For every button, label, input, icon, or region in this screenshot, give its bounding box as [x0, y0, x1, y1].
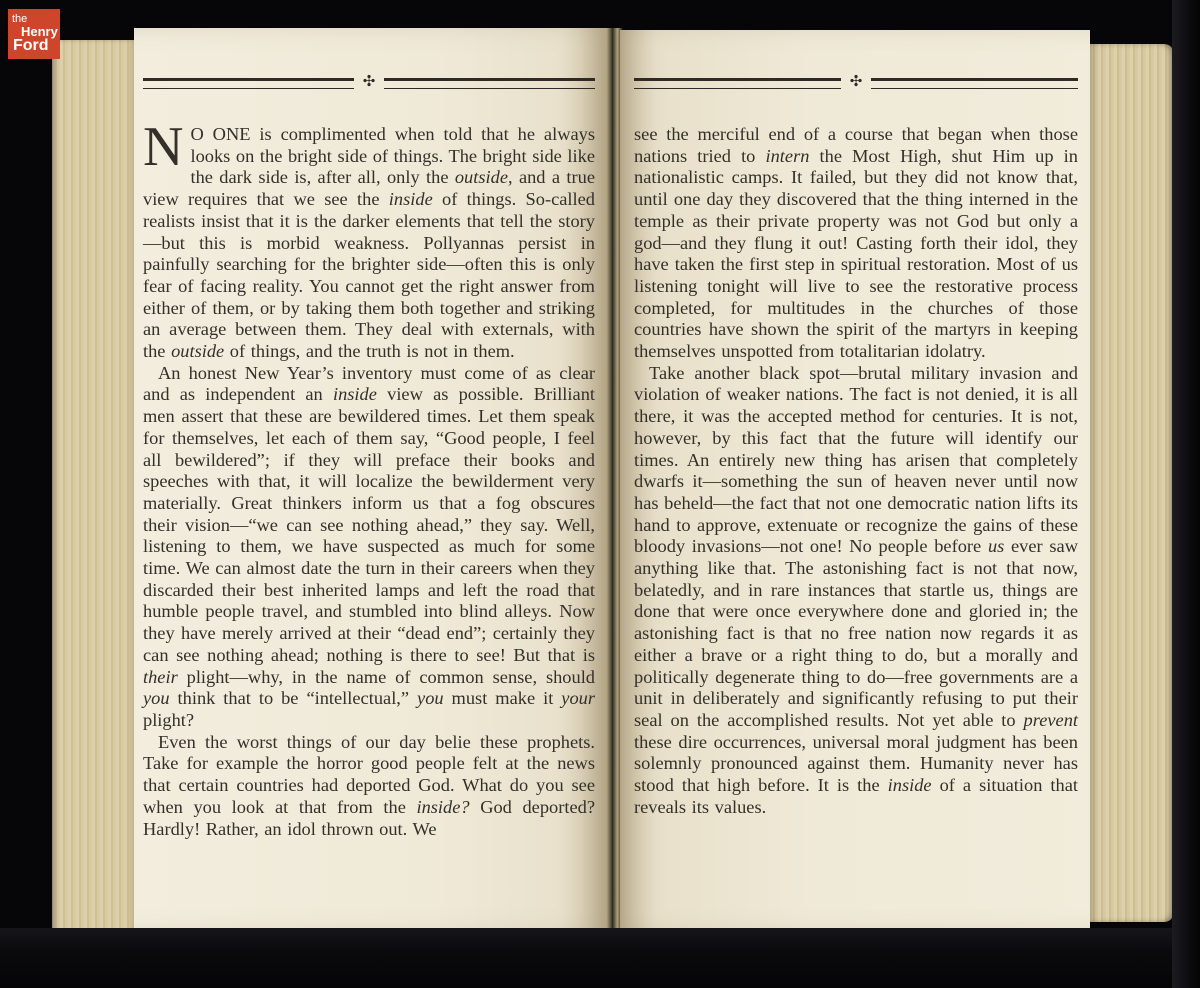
- book-cover-right-edge: [1172, 0, 1200, 988]
- rule-line: [634, 78, 841, 89]
- paragraph: NO ONE is complimented when told that he…: [143, 124, 595, 363]
- paragraph: Take another black spot—brutal military …: [634, 363, 1078, 819]
- left-page: ✣ NO ONE is complimented when told that …: [134, 28, 606, 932]
- right-page-text: see the merciful end of a course that be…: [634, 124, 1078, 819]
- book-gutter: [601, 28, 623, 932]
- logo-line-ford: Ford: [13, 38, 49, 54]
- floret-icon: ✣: [850, 75, 863, 90]
- rule-line: [384, 78, 595, 89]
- right-page-edges: [1090, 44, 1174, 922]
- left-page-text: NO ONE is complimented when told that he…: [143, 124, 595, 840]
- henry-ford-logo: the Henry Ford: [8, 9, 60, 59]
- drop-cap: N: [143, 124, 190, 168]
- left-page-ornament-rule: ✣: [143, 76, 595, 91]
- paragraph-text: O ONE is complimented when told that he …: [143, 124, 595, 361]
- floret-icon: ✣: [363, 75, 376, 90]
- right-page-ornament-rule: ✣: [634, 76, 1078, 91]
- book-photo: ✣ NO ONE is complimented when told that …: [0, 0, 1200, 988]
- rule-line: [871, 78, 1078, 89]
- paragraph: Even the worst things of our day belie t…: [143, 732, 595, 841]
- right-page: ✣ see the merciful end of a course that …: [620, 30, 1090, 930]
- rule-line: [143, 78, 354, 89]
- left-page-edges: [52, 40, 136, 932]
- paragraph: see the merciful end of a course that be…: [634, 124, 1078, 363]
- book-cover-bottom: [0, 928, 1200, 988]
- paragraph: An honest New Year’s inventory must come…: [143, 363, 595, 732]
